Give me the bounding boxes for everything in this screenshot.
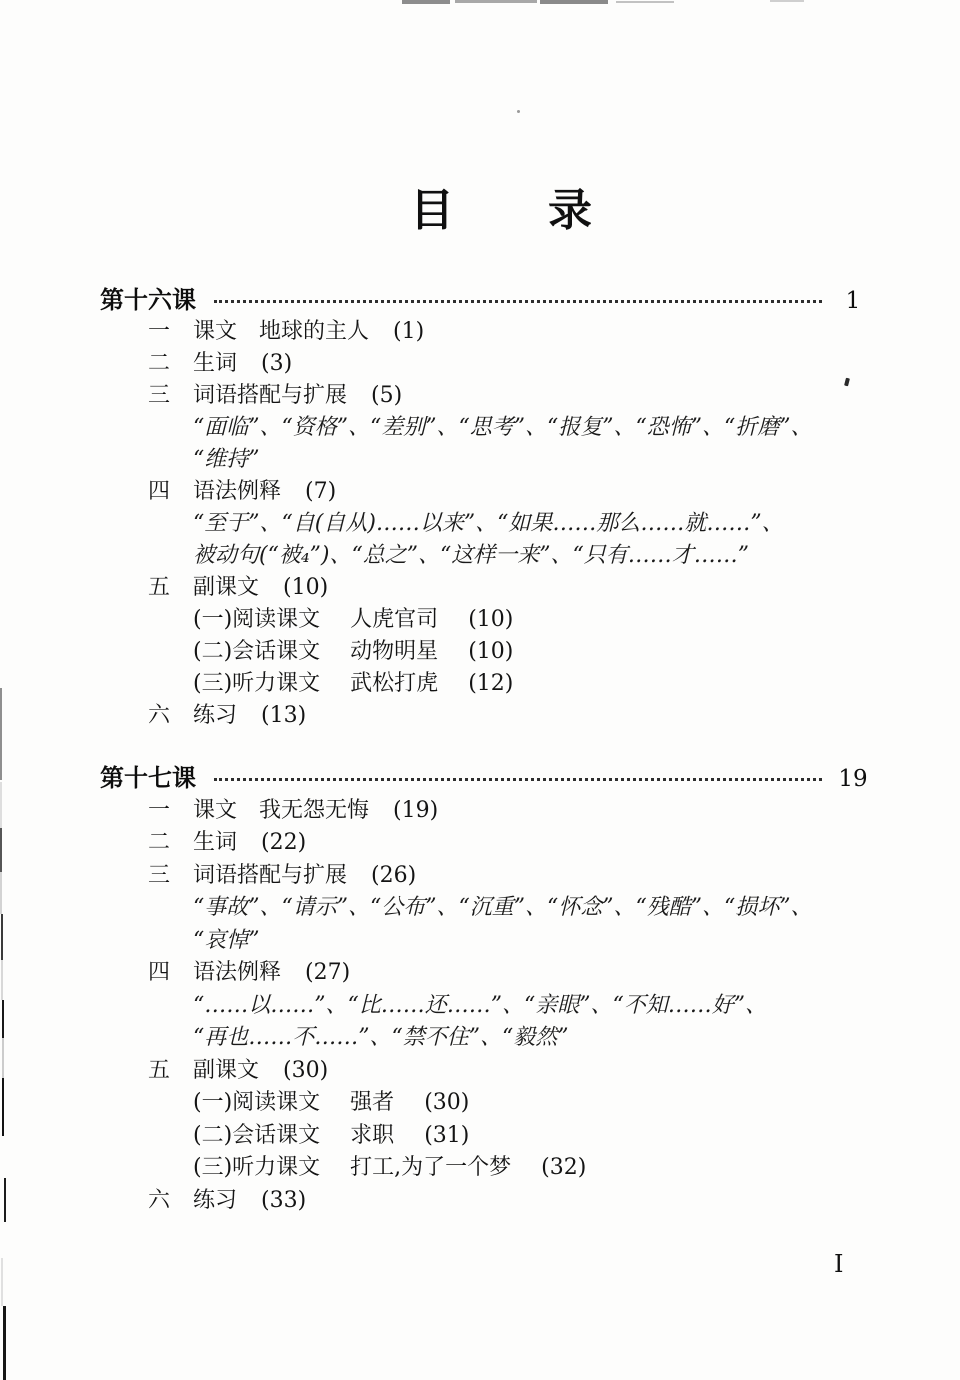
grammar-text: “……以……”、“比……还……”、“亲眼”、“不知……好”、 [193,990,767,1023]
item-label: 语法例释 [193,476,281,508]
vocab-list-line: “维持” [100,444,872,476]
item-label: 语法例释 [193,957,281,990]
subitem-label: (三)听力课文 [193,1152,320,1185]
vocab-text: “面临”、“资格”、“差别”、“思考”、“报复”、“恐怖”、“折磨”、 [193,412,812,444]
item-label: 生词 [193,348,237,380]
scan-artifact-line [2,1038,4,1078]
toc-subitem: (三)听力课文 武松打虎 (12) [193,668,872,700]
item-page-number: (13) [261,700,306,732]
item-label: 副课文 [193,1055,259,1088]
item-label: 练习 [193,1185,237,1218]
lesson-16-section: 第十六课 1 一 课文 地球的主人 (1) 二 生词 (3) 三 词语搭配与扩展… [100,284,872,732]
vocab-list-line: “事故”、“请示”、“公布”、“沉重”、“怀念”、“残酷”、“损坏”、 [100,892,872,925]
grammar-text: “至于”、“自(自从)……以来”、“如果……那么……就……”、 [193,508,784,540]
scan-artifact-line [1,1258,3,1306]
item-page-number: (5) [371,380,402,412]
toc-item: 三 词语搭配与扩展 (26) [100,860,872,893]
item-label: 副课文 [193,572,259,604]
item-page-number: (27) [305,957,350,990]
vocab-list-line: “哀悼” [100,925,872,958]
item-page-number: (33) [261,1185,306,1218]
grammar-list-line: “至于”、“自(自从)……以来”、“如果……那么……就……”、 [100,508,872,540]
subitem-title: 强者 [350,1087,394,1120]
subitem-page-number: (12) [468,668,513,700]
lesson-17-section: 第十七课 19 一 课文 我无怨无悔 (19) 二 生词 (22) 三 词语搭配… [100,762,872,1217]
scan-artifact-line [3,1306,6,1380]
dotted-leader [214,300,822,303]
subitem-label: (一)阅读课文 [193,604,320,636]
item-number: 三 [148,860,193,893]
subitem-page-number: (30) [424,1087,469,1120]
item-number: 五 [148,572,193,604]
toc-item: 四 语法例释 (27) [100,957,872,990]
subitem-page-number: (10) [468,604,513,636]
toc-item: 一 课文 我无怨无悔 (19) [100,795,872,828]
page-title: 目 录 [22,174,960,238]
item-number: 二 [148,348,193,380]
item-number: 六 [148,1185,193,1218]
lesson-title: 第十七课 [100,762,196,795]
scan-artifact-line [4,1178,6,1222]
item-number: 三 [148,380,193,412]
scan-artifact-line [0,688,2,780]
subitem-label: (一)阅读课文 [193,1087,320,1120]
vocab-text: “事故”、“请示”、“公布”、“沉重”、“怀念”、“残酷”、“损坏”、 [193,892,812,925]
toc-item: 六 练习 (13) [100,700,872,732]
grammar-list-line: “再也……不……”、“禁不住”、“毅然” [100,1022,872,1055]
subitem-label: (三)听力课文 [193,668,320,700]
grammar-list-line: 被动句(“被₄”)、“总之”、“这样一来”、“只有……才……” [100,540,872,572]
grammar-text: “再也……不……”、“禁不住”、“毅然” [193,1022,568,1055]
subitem-label: (二)会话课文 [193,1120,320,1153]
toc-page: 目 录 第十六课 1 一 课文 地球的主人 (1) 二 生词 (3) 三 词语搭… [0,0,960,1380]
item-page-number: (3) [261,348,292,380]
item-page-number: (19) [393,795,438,828]
scan-artifact-top [770,0,804,2]
item-label: 课文 我无怨无悔 [193,795,369,828]
lesson-title: 第十六课 [100,284,196,316]
subitem-title: 打工,为了一个梦 [350,1152,511,1185]
toc-subitem: (一)阅读课文 强者 (30) [193,1087,872,1120]
item-page-number: (22) [261,827,306,860]
toc-item: 六 练习 (33) [100,1185,872,1218]
subitem-title: 武松打虎 [350,668,438,700]
scan-artifact-top [616,1,674,3]
lesson-16-heading-row: 第十六课 1 [100,284,872,316]
folio-page-number: I [834,1250,843,1278]
item-label: 课文 地球的主人 [193,316,369,348]
subitem-page-number: (31) [424,1120,469,1153]
toc-item: 二 生词 (3) [100,348,872,380]
item-number: 二 [148,827,193,860]
scan-artifact-top [402,0,450,4]
item-page-number: (1) [393,316,424,348]
toc-item: 五 副课文 (10) [100,572,872,604]
grammar-list-line: “……以……”、“比……还……”、“亲眼”、“不知……好”、 [100,990,872,1023]
scan-artifact-line [2,1078,4,1136]
toc-item: 五 副课文 (30) [100,1055,872,1088]
item-label: 词语搭配与扩展 [193,380,347,412]
scan-artifact-line [0,872,2,914]
scan-artifact-speck [517,110,520,113]
item-page-number: (10) [283,572,328,604]
toc-item: 一 课文 地球的主人 (1) [100,316,872,348]
item-page-number: (7) [305,476,336,508]
item-label: 生词 [193,827,237,860]
vocab-list-line: “面临”、“资格”、“差别”、“思考”、“报复”、“恐怖”、“折磨”、 [100,412,872,444]
item-number: 四 [148,957,193,990]
item-number: 五 [148,1055,193,1088]
scan-artifact-line [1,960,3,1000]
item-label: 词语搭配与扩展 [193,860,347,893]
item-number: 一 [148,316,193,348]
toc-subitem: (二)会话课文 动物明星 (10) [193,636,872,668]
scan-artifact-top [540,0,608,4]
subitem-title: 人虎官司 [350,604,438,636]
subitem-page-number: (32) [541,1152,586,1185]
scan-artifact-line [0,782,2,828]
item-page-number: (30) [283,1055,328,1088]
vocab-text: “维持” [193,444,260,476]
toc-item: 二 生词 (22) [100,827,872,860]
toc-subitem: (一)阅读课文 人虎官司 (10) [193,604,872,636]
scan-artifact-top [455,0,537,3]
lesson-page-number: 1 [834,285,872,317]
dotted-leader [214,778,822,781]
subitem-title: 求职 [350,1120,394,1153]
scan-artifact-line [0,828,2,872]
item-number: 四 [148,476,193,508]
lesson-page-number: 19 [834,763,872,796]
scan-artifact-line [2,1000,4,1038]
subitem-title: 动物明星 [350,636,438,668]
toc-item: 三 词语搭配与扩展 (5) [100,380,872,412]
item-number: 六 [148,700,193,732]
scan-artifact-line [1,914,3,960]
subitem-page-number: (10) [468,636,513,668]
subitem-label: (二)会话课文 [193,636,320,668]
grammar-text: 被动句(“被₄”)、“总之”、“这样一来”、“只有……才……” [193,540,749,572]
item-number: 一 [148,795,193,828]
lesson-17-heading-row: 第十七课 19 [100,762,872,795]
toc-item: 四 语法例释 (7) [100,476,872,508]
vocab-text: “哀悼” [193,925,260,958]
toc-subitem: (二)会话课文 求职 (31) [193,1120,872,1153]
toc-subitem: (三)听力课文 打工,为了一个梦 (32) [193,1152,872,1185]
item-page-number: (26) [371,860,416,893]
item-label: 练习 [193,700,237,732]
